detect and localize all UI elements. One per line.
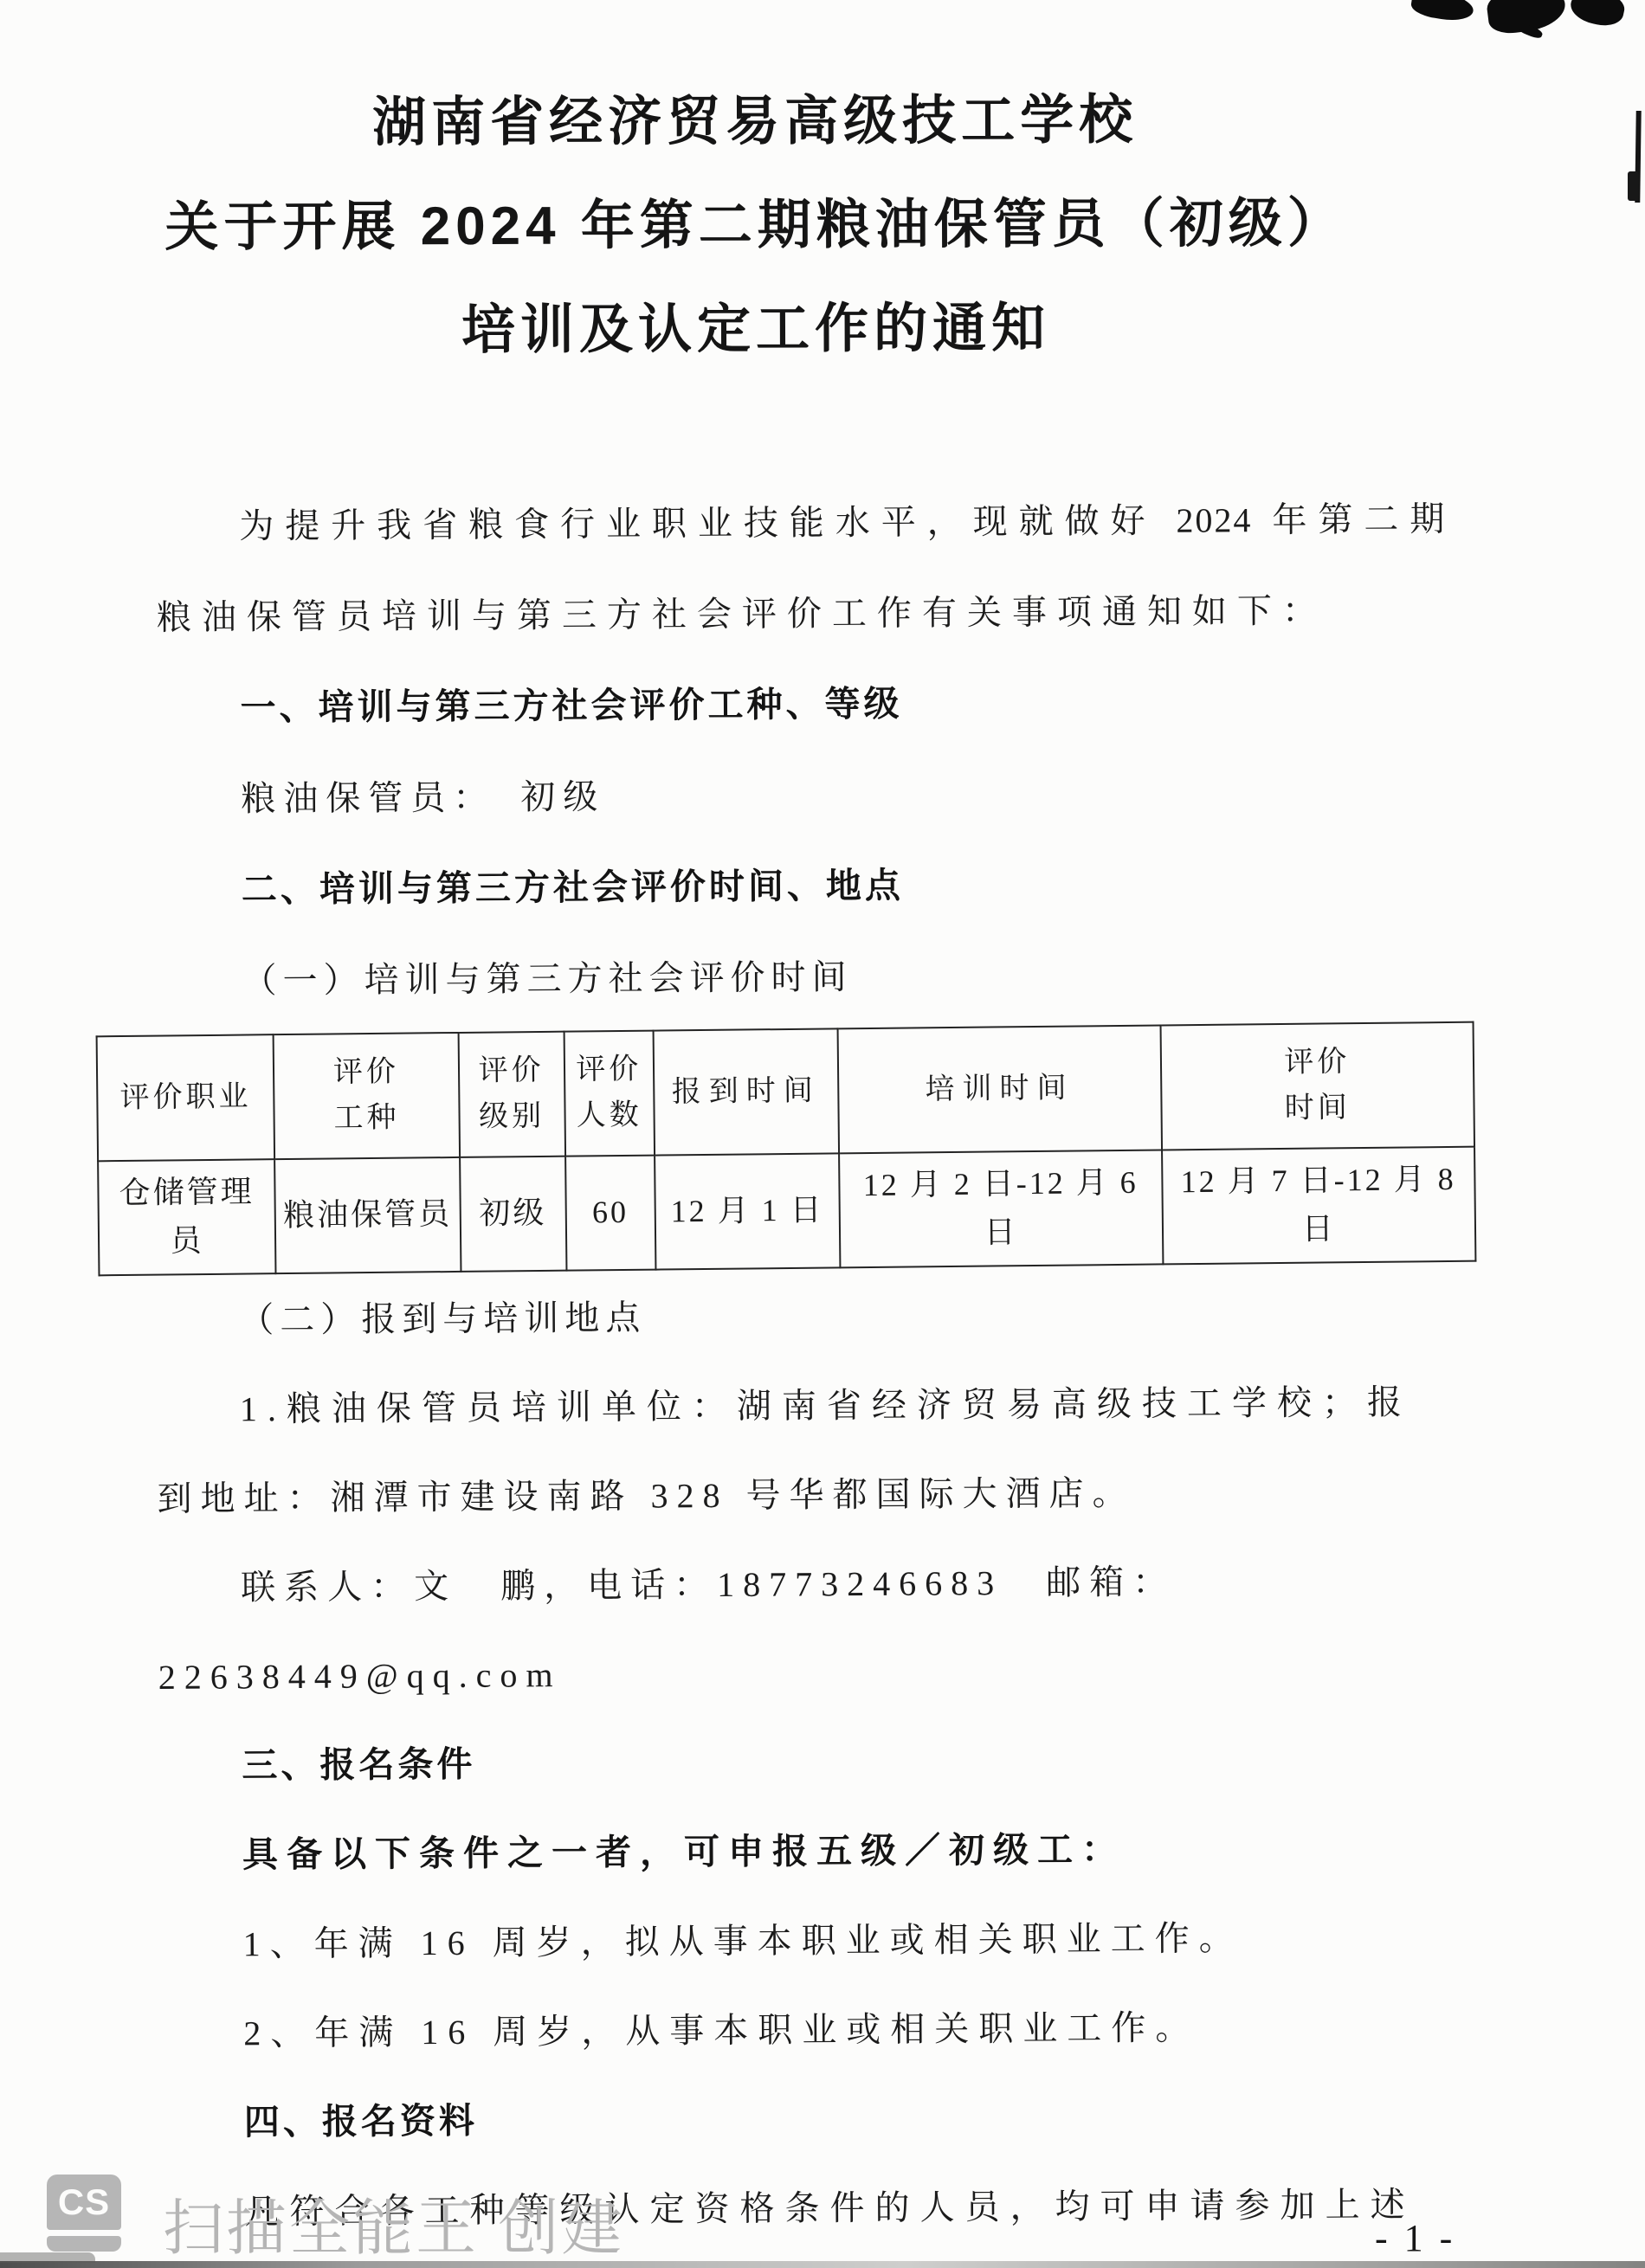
section-3-item-2: 2、年满 16 周岁，从事本职业或相关职业工作。 — [160, 1981, 1572, 2078]
scanned-notice-page: 湖南省经济贸易高级技工学校 关于开展 2024 年第二期粮油保管员（初级） 培训… — [0, 0, 1645, 2268]
scan-edge-tick-artifact — [1628, 171, 1639, 201]
cell-eval-occupation: 仓储管理 员 — [98, 1159, 276, 1275]
section-3-heading: 三、报名条件 — [158, 1713, 1571, 1811]
contact-line: 联系人：文 鹏，电话：18773246683 邮箱：22638449@qq.co… — [158, 1535, 1570, 1722]
body-block-lower: （二）报到与培训地点 1.粮油保管员培训单位：湖南省经济贸易高级技工学校；报 到… — [156, 1267, 1573, 2257]
scan-ink-artifact — [1410, 0, 1475, 23]
camscanner-watermark-text: 扫描全能王 创建 — [163, 2180, 624, 2267]
section-4-heading: 四、报名资料 — [161, 2070, 1573, 2168]
title-line-1: 湖南省经济贸易高级技工学校 — [0, 68, 1510, 177]
page-number: - 1 - — [1375, 2216, 1455, 2260]
header-eval-count: 评价 人数 — [564, 1031, 655, 1157]
section-3-intro: 具备以下条件之一者，可申报五级／初级工： — [159, 1802, 1571, 1900]
evaluation-schedule-table: 评价职业 评价 工种 评价 级别 评价 人数 报到时间 培训时间 评价 时间 仓… — [96, 1021, 1477, 1277]
title-line-2: 关于开展 2024 年第二期粮油保管员（初级） — [0, 171, 1510, 280]
camscanner-logo-text: CS — [47, 2175, 121, 2230]
header-eval-occupation: 评价职业 — [97, 1034, 275, 1161]
table-data-row: 仓储管理 员 粮油保管员 初级 60 12 月 1 日 12 月 2 日-12 … — [98, 1147, 1475, 1276]
camscanner-logo-bar — [47, 2236, 121, 2252]
cell-training-time: 12 月 2 日-12 月 6 日 — [839, 1150, 1163, 1267]
section-2-sub-1: （一）培训与第三方社会评价时间 — [158, 927, 1571, 1027]
title-line-3: 培训及认定工作的通知 — [1, 275, 1511, 384]
cell-eval-trade: 粮油保管员 — [274, 1157, 461, 1273]
scan-ink-artifact — [1568, 0, 1628, 29]
cell-eval-count: 60 — [565, 1156, 656, 1271]
section-1-body: 粮油保管员： 初级 — [158, 745, 1570, 845]
registration-unit-line-1: 1.粮油保管员培训单位：湖南省经济贸易高级技工学校；报 — [157, 1356, 1569, 1454]
body-block-upper: 为提升我省粮食行业职业技能水平，现就做好 2024 年第二期 粮油保管员培训与第… — [156, 473, 1571, 1027]
section-3-item-1: 1、年满 16 周岁，拟从事本职业或相关职业工作。 — [159, 1891, 1571, 1989]
header-eval-trade: 评价 工种 — [274, 1033, 460, 1159]
header-training-time: 培训时间 — [838, 1025, 1162, 1153]
header-registration-time: 报到时间 — [653, 1028, 839, 1155]
header-eval-level: 评价 级别 — [458, 1032, 565, 1157]
intro-line-1: 为提升我省粮食行业职业技能水平，现就做好 2024 年第二期 — [156, 474, 1447, 572]
scan-bottom-edge-artifact — [0, 2261, 1645, 2268]
registration-unit-line-2: 到地址：湘潭市建设南路 328 号华都国际大酒店。 — [157, 1446, 1569, 1543]
cell-registration-time: 12 月 1 日 — [655, 1153, 841, 1269]
header-evaluation-time: 评价 时间 — [1160, 1022, 1474, 1150]
cell-eval-level: 初级 — [460, 1157, 567, 1272]
section-2-sub-2: （二）报到与培训地点 — [156, 1267, 1568, 1365]
section-2-heading: 二、培训与第三方社会评价时间、地点 — [158, 836, 1571, 936]
scan-corner-shade-artifact — [0, 2252, 95, 2263]
intro-line-2: 粮油保管员培训与第三方社会评价工作有关事项通知如下： — [157, 564, 1569, 663]
camscanner-logo-icon: CS — [47, 2175, 121, 2254]
table-header-row: 评价职业 评价 工种 评价 级别 评价 人数 报到时间 培训时间 评价 时间 — [97, 1022, 1474, 1162]
cell-evaluation-time: 12 月 7 日-12 月 8 日 — [1162, 1147, 1476, 1265]
document-title: 湖南省经济贸易高级技工学校 关于开展 2024 年第二期粮油保管员（初级） 培训… — [0, 68, 1511, 384]
section-1-heading: 一、培训与第三方社会评价工种、等级 — [157, 654, 1569, 754]
